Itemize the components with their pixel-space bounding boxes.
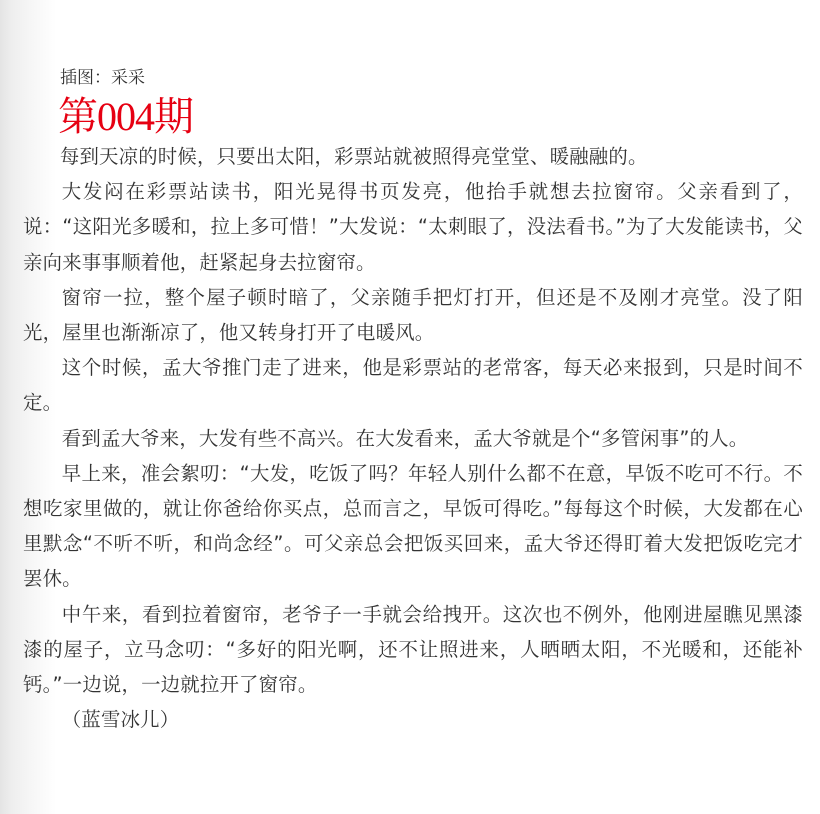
paragraph: 这个时候，孟大爷推门走了进来，他是彩票站的老常客，每天必来报到，只是时间不定。 (23, 350, 803, 420)
paragraph: 每到天凉的时候，只要出太阳，彩票站就被照得亮堂堂、暖融融的。 (23, 139, 803, 174)
paragraph: 窗帘一拉，整个屋子顿时暗了，父亲随手把灯打开，但还是不及刚才亮堂。没了阳光，屋里… (23, 280, 803, 350)
article-body: 每到天凉的时候，只要出太阳，彩票站就被照得亮堂堂、暖融融的。 大发闷在彩票站读书… (23, 139, 803, 737)
paragraph: 中午来，看到拉着窗帘，老爷子一手就会给拽开。这次也不例外，他刚进屋瞧见黑漆漆的屋… (23, 597, 803, 703)
author-signature: （蓝雪冰儿） (23, 702, 803, 737)
paragraph: 早上来，准会絮叨：“大发，吃饭了吗？年轻人别什么都不在意，早饭不吃可不行。不想吃… (23, 456, 803, 597)
issue-title: 第004期 (58, 94, 193, 140)
paragraph: 看到孟大爷来，大发有些不高兴。在大发看来，孟大爷就是个“多管闲事”的人。 (23, 421, 803, 456)
paragraph: 大发闷在彩票站读书，阳光晃得书页发亮，他抬手就想去拉窗帘。父亲看到了，说：“这阳… (23, 174, 803, 280)
illustration-credit: 插图：采采 (60, 66, 145, 90)
